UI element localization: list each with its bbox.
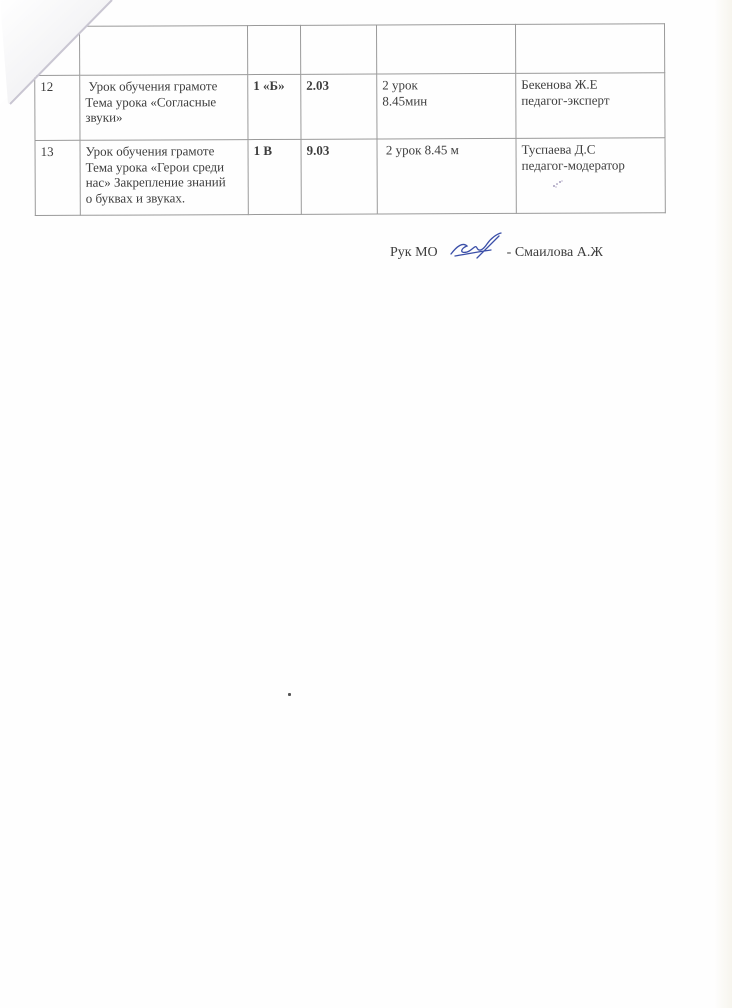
teacher-name: Туспаева Д.С	[522, 141, 661, 157]
cell-date	[300, 25, 376, 74]
cell-date: 9.03	[301, 139, 377, 214]
time-line: 2 урок 8.45 м	[383, 142, 512, 158]
teacher-category: педагог-эксперт	[521, 92, 660, 108]
cell-time: 2 урок 8.45мин	[377, 73, 516, 139]
table-row	[35, 24, 665, 76]
cell-class: 1 «Б»	[248, 74, 301, 139]
topic-line: о буквах и звуках.	[86, 190, 244, 206]
cell-time: 2 урок 8.45 м	[377, 138, 516, 214]
ink-mark-icon	[551, 179, 565, 189]
cell-teacher: Туспаева Д.С педагог-модератор	[516, 138, 665, 214]
cell-date: 2.03	[301, 74, 377, 139]
topic-line: Тема урока «Согласные	[85, 94, 243, 110]
cell-teacher: Бекенова Ж.Е педагог-эксперт	[516, 73, 665, 139]
scan-edge-shadow	[714, 0, 732, 1008]
scan-speck	[288, 693, 291, 696]
cell-topic	[80, 26, 248, 76]
cell-time	[376, 24, 515, 74]
teacher-category: педагог-модератор	[522, 157, 661, 173]
time-line: 2 урок	[382, 77, 511, 93]
table-row: 12 Урок обучения грамоте Тема урока «Сог…	[35, 73, 665, 141]
cell-class: 1 В	[248, 139, 301, 214]
topic-line: нас» Закрепление знаний	[86, 174, 244, 190]
signature-block: Рук МО - Смаилова А.Ж	[390, 232, 603, 262]
topic-line: Тема урока «Герои среди	[86, 159, 244, 175]
cell-topic: Урок обучения грамоте Тема урока «Герои …	[80, 140, 248, 216]
time-line: 8.45мин	[382, 92, 511, 108]
cell-class	[248, 25, 301, 74]
cell-topic: Урок обучения грамоте Тема урока «Соглас…	[80, 75, 248, 141]
table-row: 13 Урок обучения грамоте Тема урока «Гер…	[35, 138, 665, 216]
topic-line: звуки»	[85, 109, 243, 125]
cell-teacher	[515, 24, 664, 74]
lesson-schedule-table: 12 Урок обучения грамоте Тема урока «Сог…	[34, 23, 666, 216]
topic-line: Урок обучения грамоте	[86, 143, 244, 159]
cell-number	[35, 26, 80, 75]
handwritten-signature-icon	[447, 232, 507, 262]
signature-name: - Смаилова А.Ж	[507, 245, 603, 261]
teacher-name: Бекенова Ж.Е	[521, 76, 660, 92]
cell-number: 12	[35, 75, 80, 140]
signature-role: Рук МО	[390, 245, 438, 261]
topic-line: Урок обучения грамоте	[85, 78, 243, 94]
cell-number: 13	[35, 140, 80, 215]
